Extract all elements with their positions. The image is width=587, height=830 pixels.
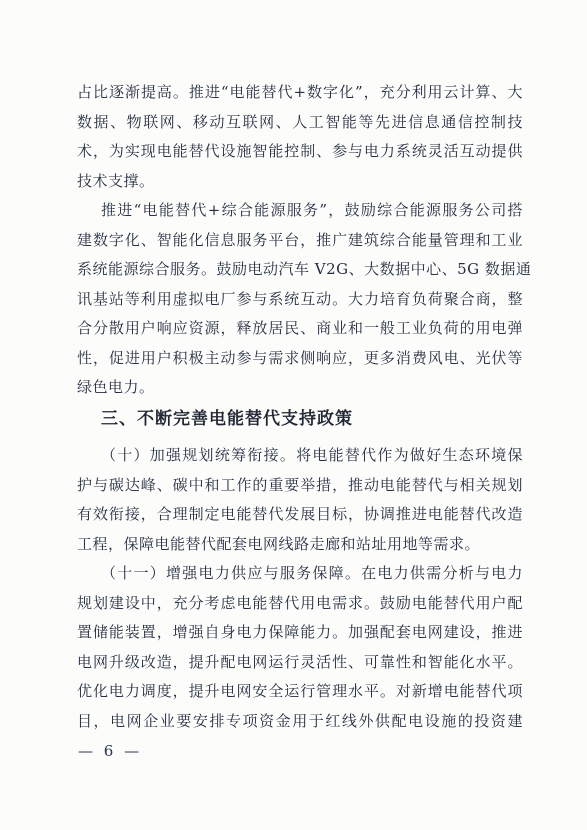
page-number: — 6 — bbox=[78, 742, 142, 760]
text-line: 技术支撑。 bbox=[77, 167, 523, 197]
text-line: 占比逐渐提高。推进“电能替代+数字化”，充分利用云计算、大 bbox=[77, 78, 523, 108]
text-line: 工程，保障电能替代配套电网线路走廊和站址用地等需求。 bbox=[77, 530, 523, 560]
text-line: 绿色电力。 bbox=[77, 373, 523, 403]
text-line: 护与碳达峰、碳中和工作的重要举措，推动电能替代与相关规划 bbox=[77, 471, 523, 501]
paragraph-3: （十）加强规划统筹衔接。将电能替代作为做好生态环境保 护与碳达峰、碳中和工作的重… bbox=[77, 441, 523, 559]
text-line: 术，为实现电能替代设施智能控制、参与电力系统灵活互动提供 bbox=[77, 137, 523, 167]
paragraph-1: 占比逐渐提高。推进“电能替代+数字化”，充分利用云计算、大 数据、物联网、移动互… bbox=[77, 78, 523, 196]
text-line: （十一）增强电力供应与服务保障。在电力供需分析与电力 bbox=[77, 559, 523, 589]
paragraph-4: （十一）增强电力供应与服务保障。在电力供需分析与电力 规划建设中，充分考虑电能替… bbox=[77, 559, 523, 736]
text-line: 置储能装置，增强自身电力保障能力。加强配套电网建设，推进 bbox=[77, 618, 523, 648]
scanned-document-page: 占比逐渐提高。推进“电能替代+数字化”，充分利用云计算、大 数据、物联网、移动互… bbox=[0, 0, 587, 830]
paragraph-2: 推进“电能替代+综合能源服务”，鼓励综合能源服务公司搭 建数字化、智能化信息服务… bbox=[77, 196, 523, 403]
text-line: 规划建设中，充分考虑电能替代用电需求。鼓励电能替代用户配 bbox=[77, 589, 523, 619]
text-line: 性，促进用户积极主动参与需求侧响应，更多消费风电、光伏等 bbox=[77, 344, 523, 374]
document-body: 占比逐渐提高。推进“电能替代+数字化”，充分利用云计算、大 数据、物联网、移动互… bbox=[77, 78, 523, 736]
text-line: 合分散用户响应资源，释放居民、商业和一般工业负荷的用电弹 bbox=[77, 314, 523, 344]
text-line: 有效衔接，合理制定电能替代发展目标，协调推进电能替代改造 bbox=[77, 500, 523, 530]
text-line: 目，电网企业要安排专项资金用于红线外供配电设施的投资建 bbox=[77, 707, 523, 737]
text-line: 数据、物联网、移动互联网、人工智能等先进信息通信控制技 bbox=[77, 108, 523, 138]
text-line: 讯基站等利用虚拟电厂参与系统互动。大力培育负荷聚合商，整 bbox=[77, 285, 523, 315]
text-line: 电网升级改造，提升配电网运行灵活性、可靠性和智能化水平。 bbox=[77, 648, 523, 678]
text-line: 推进“电能替代+综合能源服务”，鼓励综合能源服务公司搭 bbox=[77, 196, 523, 226]
text-line: 优化电力调度，提升电网安全运行管理水平。对新增电能替代项 bbox=[77, 677, 523, 707]
text-line: 系统能源综合服务。鼓励电动汽车 V2G、大数据中心、5G 数据通 bbox=[77, 255, 523, 285]
text-line: 建数字化、智能化信息服务平台，推广建筑综合能量管理和工业 bbox=[77, 226, 523, 256]
text-line: （十）加强规划统筹衔接。将电能替代作为做好生态环境保 bbox=[77, 441, 523, 471]
section-heading: 三、不断完善电能替代支持政策 bbox=[77, 405, 523, 435]
